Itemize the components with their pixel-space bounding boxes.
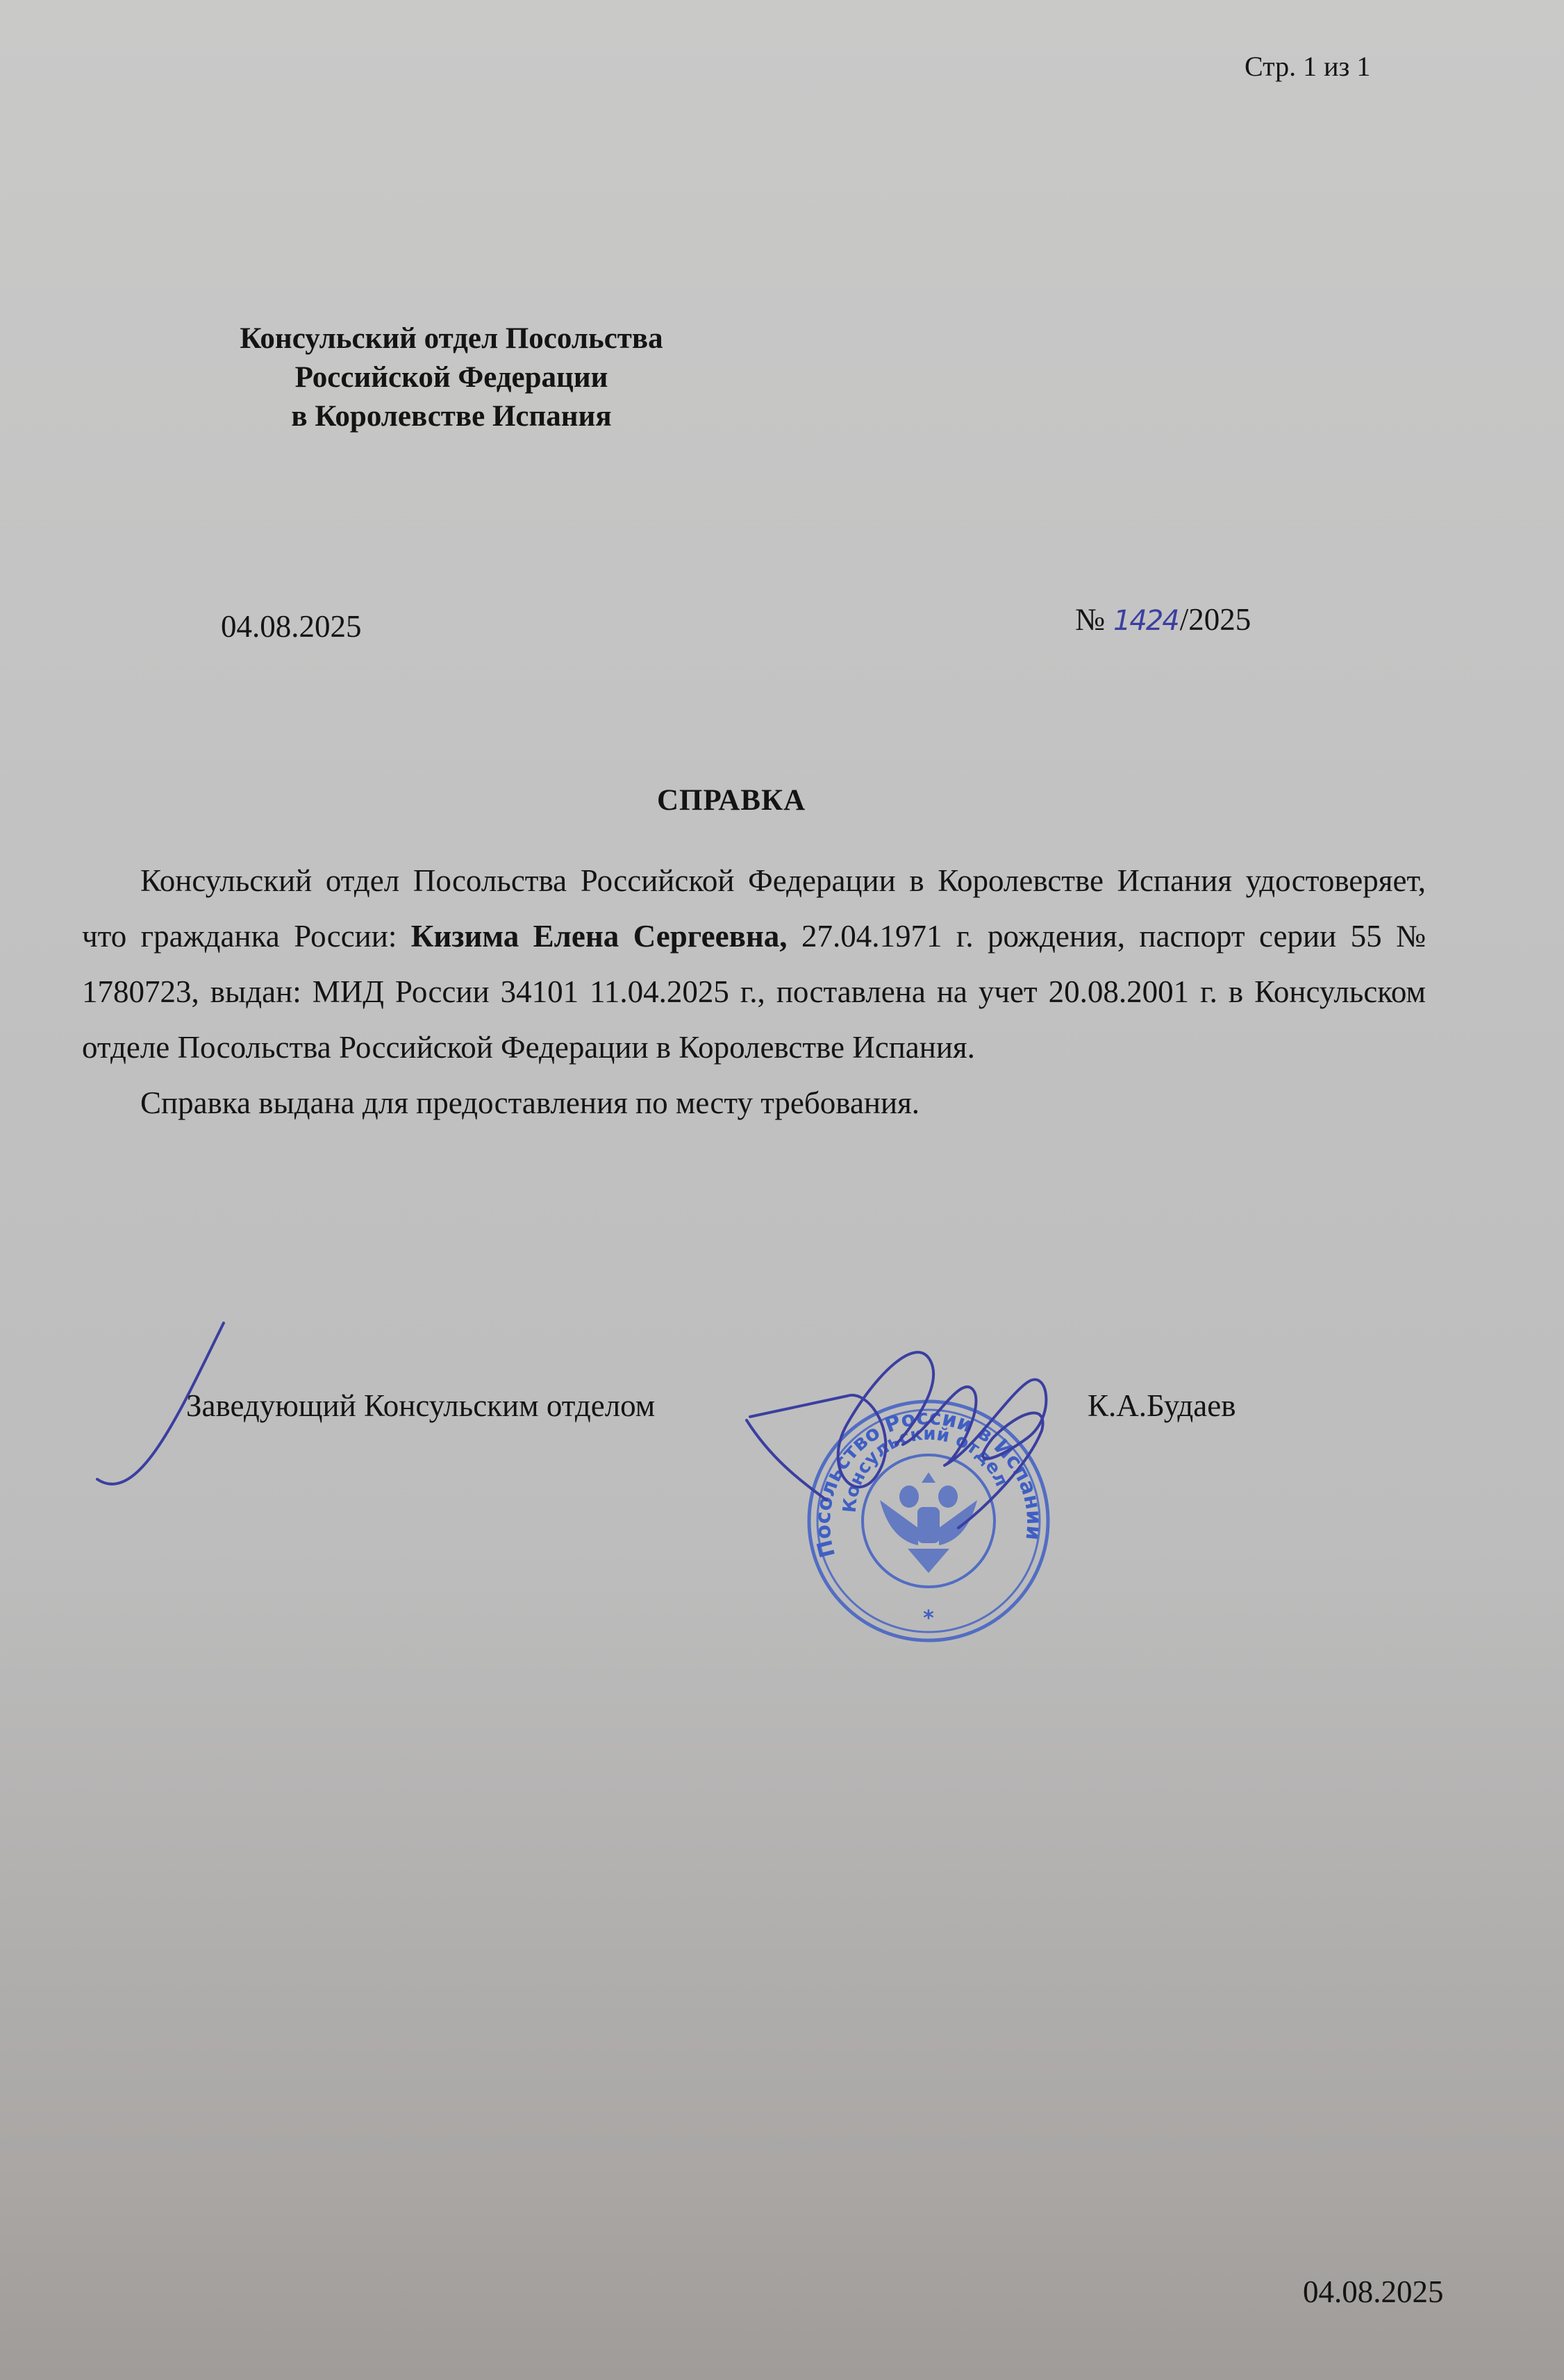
stamp-outer-text: Посольство России в Испании (811, 1406, 1047, 1561)
footer-date: 04.08.2025 (1303, 2274, 1444, 2310)
document-page: Стр. 1 из 1 Консульский отдел Посольства… (0, 0, 1564, 2380)
org-header-line-3: в Королевстве Испания (188, 397, 715, 436)
document-number: №1424/2025 (1075, 601, 1251, 638)
stamp-inner-text: Консульский отдел (840, 1424, 1012, 1514)
document-title: СПРАВКА (657, 783, 806, 817)
org-header-line-2: Российской Федерации (188, 358, 715, 397)
citizen-name: Кизима Елена Сергеевна, (411, 919, 788, 954)
org-header-line-1: Консульский отдел Посольства (188, 319, 715, 358)
document-date: 04.08.2025 (221, 608, 362, 644)
body-paragraph-2: Справка выдана для предоставления по мес… (82, 1075, 1426, 1131)
document-body: Консульский отдел Посольства Российской … (82, 853, 1426, 1131)
organization-header: Консульский отдел Посольства Российской … (188, 319, 715, 436)
handwritten-number: 1424 (1113, 605, 1179, 637)
number-sign: № (1075, 602, 1105, 637)
page-counter: Стр. 1 из 1 (1245, 50, 1370, 83)
number-year: /2025 (1180, 602, 1251, 637)
stamp-star: * (923, 1606, 934, 1631)
signer-name: К.А.Будаев (1088, 1388, 1236, 1424)
signer-position: Заведующий Консульским отделом (186, 1388, 655, 1424)
official-stamp: Посольство России в Испании Консульский … (809, 1401, 1048, 1640)
body-paragraph-1: Консульский отдел Посольства Российской … (82, 853, 1426, 1075)
eagle-emblem-icon (880, 1472, 977, 1573)
signature-scribble (747, 1352, 1046, 1528)
